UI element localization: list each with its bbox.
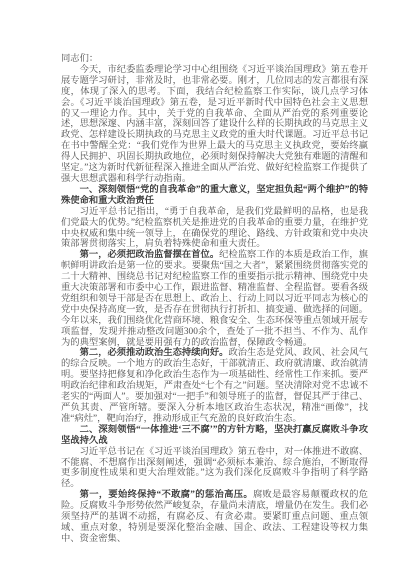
section-2-paragraph: 习近平总书记在《习近平谈治国理政》第五卷中，对一体推进不敢腐、不能腐、不想腐作出… [61,447,368,491]
salutation: 同志们： [61,54,368,65]
section-1-heading: 一、深刻领悟“党的自我革命”的重大意义，坚定担负起“两个维护”的特殊使命和重大政… [61,185,368,207]
paragraph-lead: 第一，必须把政治监督摆在首位。 [80,250,220,260]
paragraph-text: 纪检监察工作的本质是政治工作，旗帜鲜明讲政治是第一位的要求。要聚焦“国之大者”，… [61,250,368,347]
section-1-point-1-paragraph: 第一，必须把政治监督摆在首位。纪检监察工作的本质是政治工作，旗帜鲜明讲政治是第一… [61,250,368,348]
heading-text: 一、深刻领悟“党的自我革命”的重大意义，坚定担负起“两个维护”的特殊使命和重大政… [61,185,368,206]
section-1-paragraph: 习近平总书记指出，“勇于自我革命，是我们党最鲜明的品格，也是我们党最大的优势。”… [61,207,368,251]
paragraph-text: 今天，市纪委监委理论学习中心组围绕《习近平谈治国理政》第五卷开展专题学习研讨，非… [61,65,368,184]
section-1-point-2-paragraph: 第二，必须推动政治生态持续向好。政治生态是党风、政风、社会风气的综合反映。一个地… [61,348,368,424]
paragraph-text: 习近平总书记在《习近平谈治国理政》第五卷中，对一体推进不敢腐、不能腐、不想腐作出… [61,447,368,490]
paragraph-lead: 第二，必须推动政治生态持续向好。 [80,348,229,358]
paragraph-text: 政治生态是党风、政风、社会风气的综合反映。一个地方的政治生态好，干部就清正、政府… [61,348,368,423]
section-2-heading: 二、深刻领悟“一体推进‘三不腐’”的方针方略，坚决打赢反腐败斗争攻坚战持久战 [61,425,368,447]
document-page: 同志们： 今天，市纪委监委理论学习中心组围绕《习近平谈治国理政》第五卷开展专题学… [0,0,410,580]
section-2-point-1-paragraph: 第一，要始终保持“不敢腐”的惩治高压。腐败是最容易颠覆政权的危险。反腐败斗争形势… [61,490,368,545]
paragraph-lead: 第一，要始终保持“不敢腐”的惩治高压。 [80,490,253,500]
intro-paragraph: 今天，市纪委监委理论学习中心组围绕《习近平谈治国理政》第五卷开展专题学习研讨，非… [61,65,368,185]
paragraph-text: 习近平总书记指出，“勇于自我革命，是我们党最鲜明的品格，也是我们党最大的优势。”… [61,207,368,250]
heading-text: 二、深刻领悟“一体推进‘三不腐’”的方针方略，坚决打赢反腐败斗争攻坚战持久战 [61,425,368,446]
